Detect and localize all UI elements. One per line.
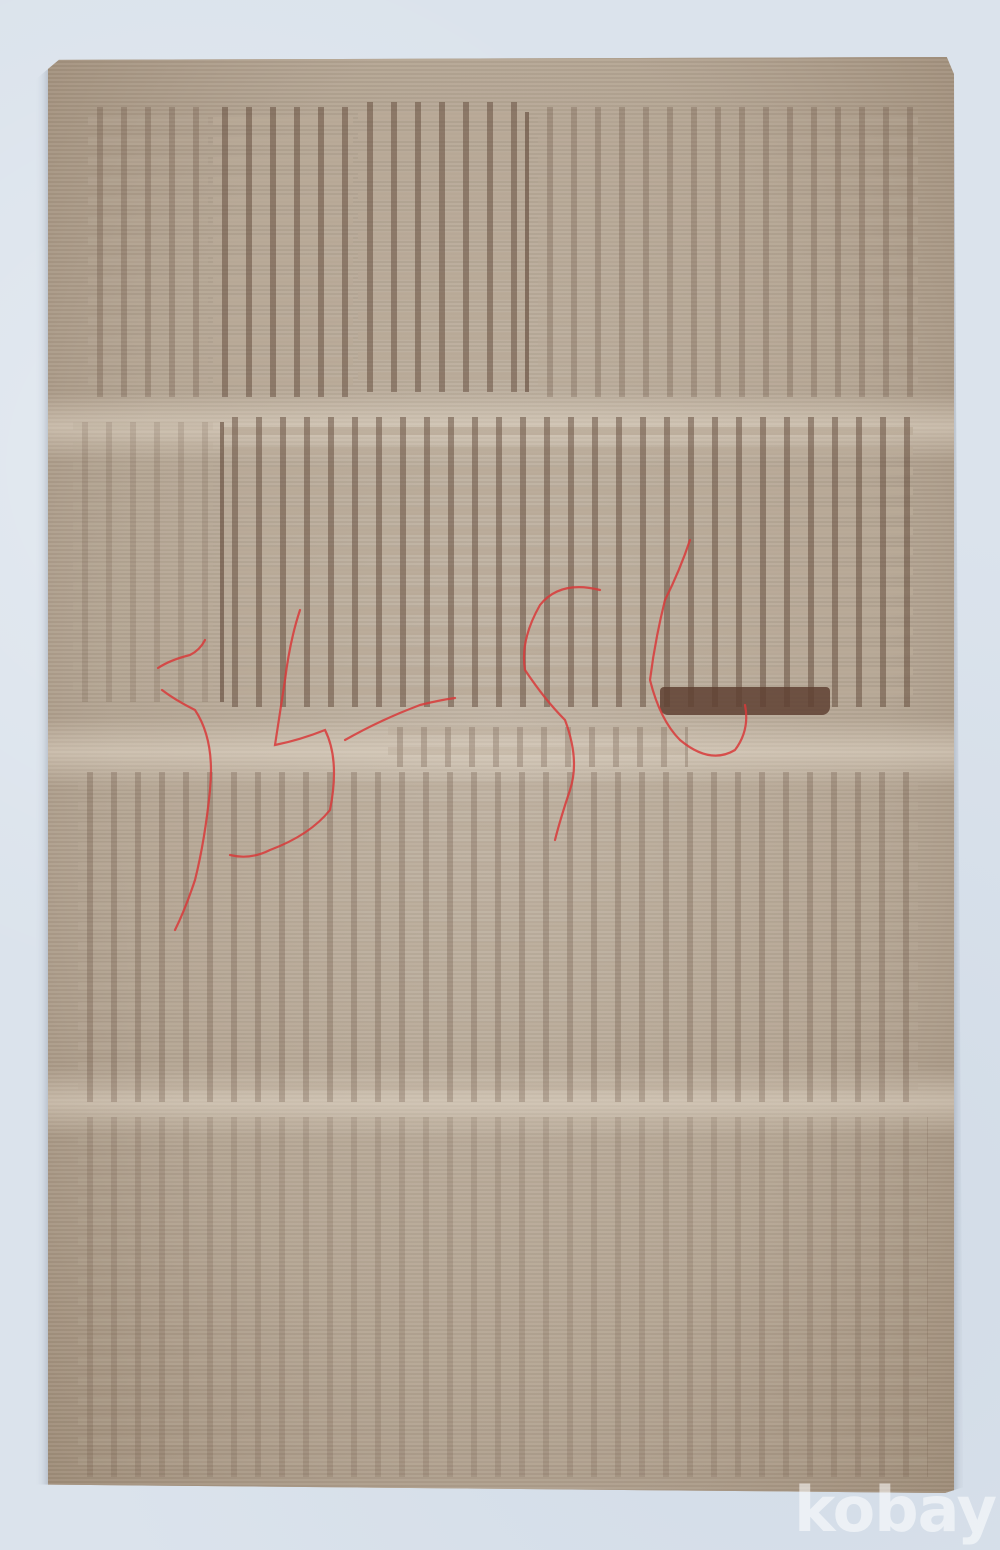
bleed-through-text-block: [73, 422, 213, 702]
heavy-ink-smudge: [660, 687, 830, 715]
watermark: kobay: [794, 1473, 996, 1546]
bleed-through-text-block: [538, 107, 918, 397]
bleed-through-text-block: [223, 417, 913, 707]
bleed-through-text-block: [213, 107, 353, 397]
column-rule: [220, 422, 224, 702]
bleed-through-text-block: [88, 107, 208, 397]
column-rule: [525, 112, 529, 392]
bleed-through-text-block: [78, 1117, 928, 1477]
bleed-through-text-line: [388, 727, 688, 767]
bleed-through-text-block: [78, 772, 918, 1102]
aged-paper-document: [48, 57, 954, 1493]
bleed-through-text-block: [358, 102, 528, 392]
